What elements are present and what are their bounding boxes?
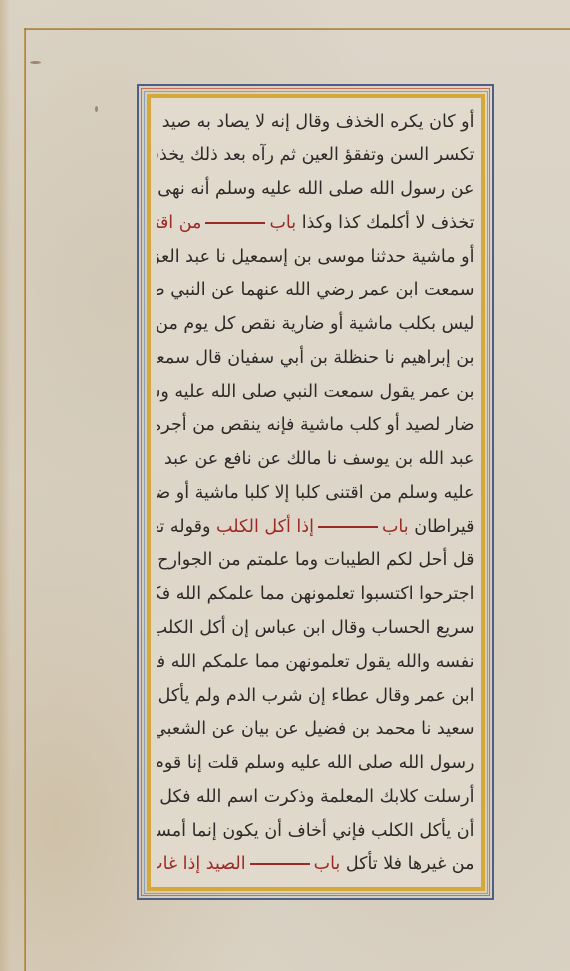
manuscript-line: تكسر السن وتفقؤ العين ثم رآه بعد ذلك يخذ… [157,139,475,171]
manuscript-line: رسول الله صلى الله عليه وسلم قلت إنا قوم… [157,747,475,779]
manuscript-line: بن إبراهيم نا حنظلة بن أبي سفيان قال سمع… [157,342,475,374]
chapter-heading-title: الصيد إذا غاب عنه يومين أو ثلاثة [157,854,246,874]
text-frame-blue-rule: أو كان يكره الخذف وقال إنه لا يصاد به صي… [144,91,488,894]
manuscript-line: سعيد نا محمد بن فضيل عن بيان عن الشعبي ع… [157,713,475,745]
line-text: رسول الله صلى الله عليه وسلم قلت إنا قوم… [157,753,475,773]
manuscript-line: أن يأكل الكلب فإني أخاف أن يكون إنما أمس… [157,815,475,847]
line-text: اجترحوا اكتسبوا تعلمونهن مما علمكم الله … [157,584,475,604]
line-text: سمعت ابن عمر رضي الله عنهما عن النبي صلى… [157,280,475,300]
line-text: عن رسول الله صلى الله عليه وسلم أنه نهى … [157,179,475,199]
manuscript-line: ليس بكلب ماشية أو ضارية نقص كل يوم من عم… [157,308,475,340]
rubric-extension-stroke [250,863,310,865]
line-text: ابن عمر وقال عطاء إن شرب الدم ولم يأكل ف… [157,686,475,706]
chapter-heading-bab: باب [269,213,296,233]
line-text: ليس بكلب ماشية أو ضارية نقص كل يوم من عم… [157,314,475,334]
rubric-extension-stroke [205,222,265,224]
text-block: أو كان يكره الخذف وقال إنه لا يصاد به صي… [151,98,481,887]
line-text: بن عمر يقول سمعت النبي صلى الله عليه وسل… [157,382,475,402]
line-text: سعيد نا محمد بن فضيل عن بيان عن الشعبي ع… [157,719,475,739]
manuscript-line: تخذف لا أكلمك كذا وكذا بابمن اقتنى كلبا … [157,207,475,239]
rubric-extension-stroke [318,526,378,528]
line-text: من غيرها فلا تأكل [346,854,475,874]
chapter-heading-bab: باب [314,854,341,874]
line-text: تخذف لا أكلمك كذا وكذا [302,213,475,233]
chapter-heading-title: من اقتنى كلبا ليس بكلب صيد [157,213,202,233]
line-text: عبد الله بن يوسف نا مالك عن نافع عن عبد … [157,449,475,469]
line-text: أو ماشية حدثنا موسى بن إسمعيل نا عبد الع… [157,247,475,267]
chapter-heading-bab: باب [382,517,409,537]
manuscript-line: سريع الحساب وقال ابن عباس إن أكل الكلب ف… [157,612,475,644]
line-text: تكسر السن وتفقؤ العين ثم رآه بعد ذلك يخذ… [157,145,475,165]
line-text: قيراطان [414,517,474,537]
text-frame-outer-blue: أو كان يكره الخذف وقال إنه لا يصاد به صي… [137,84,494,900]
manuscript-line: نفسه والله يقول تعلمونهن مما علمكم الله … [157,646,475,678]
manuscript-line: قيراطان بابإذا أكل الكلب وقوله تعالى يسئ… [157,511,475,543]
line-text: ضار لصيد أو كلب ماشية فإنه ينقص من أجره … [157,415,475,435]
manuscript-line: قل أحل لكم الطيبات وما علمتم من الجوارح … [157,544,475,576]
margin-ruling-top [24,28,570,30]
manuscript-line: اجترحوا اكتسبوا تعلمونهن مما علمكم الله … [157,578,475,610]
page-edge-stain [0,0,10,971]
manuscript-line: سمعت ابن عمر رضي الله عنهما عن النبي صلى… [157,274,475,306]
line-text: أرسلت كلابك المعلمة وذكرت اسم الله فكل م… [157,787,475,807]
margin-ruling-left [24,28,26,971]
line-text: سريع الحساب وقال ابن عباس إن أكل الكلب ف… [157,618,475,638]
manuscript-line: عليه وسلم من اقتنى كلبا إلا كلبا ماشية أ… [157,477,475,509]
ink-smudge [30,61,41,64]
manuscript-line: أو كان يكره الخذف وقال إنه لا يصاد به صي… [157,106,475,138]
text-frame-red-rule: أو كان يكره الخذف وقال إنه لا يصاد به صي… [141,88,490,896]
line-text: بن إبراهيم نا حنظلة بن أبي سفيان قال سمع… [157,348,475,368]
manuscript-line: عبد الله بن يوسف نا مالك عن نافع عن عبد … [157,443,475,475]
manuscript-line: من غيرها فلا تأكل بابالصيد إذا غاب عنه ي… [157,848,475,880]
line-text: عليه وسلم من اقتنى كلبا إلا كلبا ماشية أ… [157,483,475,503]
manuscript-line: بن عمر يقول سمعت النبي صلى الله عليه وسل… [157,376,475,408]
manuscript-line: ضار لصيد أو كلب ماشية فإنه ينقص من أجره … [157,409,475,441]
line-text: أو كان يكره الخذف وقال إنه لا يصاد به صي… [157,112,475,132]
manuscript-line: أو ماشية حدثنا موسى بن إسمعيل نا عبد الع… [157,241,475,273]
manuscript-line: ابن عمر وقال عطاء إن شرب الدم ولم يأكل ف… [157,680,475,712]
line-text: قل أحل لكم الطيبات وما علمتم من الجوارح … [157,550,475,570]
manuscript-line: أرسلت كلابك المعلمة وذكرت اسم الله فكل م… [157,781,475,813]
line-text: وقوله تعالى يسئلونك ماذا أحل لهم [157,517,211,537]
line-text: أن يأكل الكلب فإني أخاف أن يكون إنما أمس… [157,821,475,841]
ink-smudge [95,106,98,112]
text-frame-gold-rule: أو كان يكره الخذف وقال إنه لا يصاد به صي… [147,94,485,891]
line-text: نفسه والله يقول تعلمونهن مما علمكم الله … [157,652,475,672]
manuscript-line: عن رسول الله صلى الله عليه وسلم أنه نهى … [157,173,475,205]
chapter-heading-title: إذا أكل الكلب [216,517,314,537]
